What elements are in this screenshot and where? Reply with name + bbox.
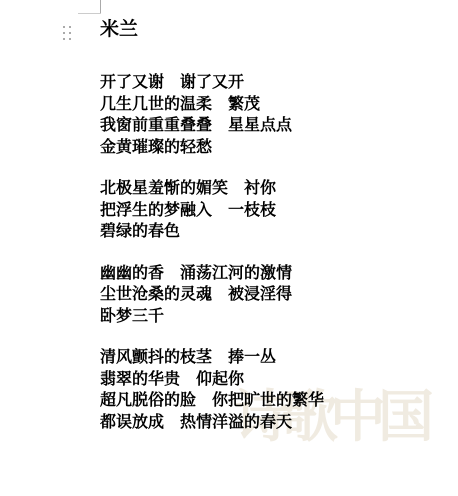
poem-line: 几生几世的温柔 繁茂 (100, 94, 324, 116)
stanza-3: 幽幽的香 涌荡江河的激情 尘世沧桑的灵魂 被浸淫得 卧梦三千 (100, 263, 324, 328)
poem-line: 清风颤抖的枝茎 捧一丛 (100, 347, 324, 369)
cutoff-box-right-edge (100, 0, 101, 13)
stanza-2: 北极星羞惭的媚笑 衬你 把浮生的梦融入 一枝枝 碧绿的春色 (100, 178, 324, 243)
handle-dot (63, 38, 65, 40)
poem-line: 幽幽的香 涌荡江河的激情 (100, 263, 324, 285)
handle-dot (63, 32, 65, 34)
document-page: 米兰 诗歌中国 开了又谢 谢了又开 几生几世的温柔 繁茂 我窗前重重叠叠 星星点… (0, 0, 458, 496)
stanza-4: 清风颤抖的枝茎 捧一丛 翡翠的华贵 仰起你 超凡脱俗的脸 你把旷世的繁华 都误放… (100, 347, 324, 433)
stanza-1: 开了又谢 谢了又开 几生几世的温柔 繁茂 我窗前重重叠叠 星星点点 金黄璀璨的轻… (100, 72, 324, 158)
poem-title: 米兰 (100, 19, 138, 40)
poem-line: 碧绿的春色 (100, 221, 324, 243)
poem-line: 翡翠的华贵 仰起你 (100, 369, 324, 391)
handle-dot (69, 38, 71, 40)
handle-dot (69, 26, 71, 28)
poem-body: 开了又谢 谢了又开 几生几世的温柔 繁茂 我窗前重重叠叠 星星点点 金黄璀璨的轻… (100, 72, 324, 433)
drag-handle-icon[interactable] (61, 24, 73, 42)
poem-line: 卧梦三千 (100, 306, 324, 328)
poem-line: 把浮生的梦融入 一枝枝 (100, 200, 324, 222)
poem-line: 尘世沧桑的灵魂 被浸淫得 (100, 284, 324, 306)
poem-line: 都误放成 热情洋溢的春天 (100, 412, 324, 434)
poem-line: 金黄璀璨的轻愁 (100, 137, 324, 159)
poem-line: 我窗前重重叠叠 星星点点 (100, 115, 324, 137)
cutoff-box-bottom-edge (78, 13, 101, 14)
handle-dot (69, 32, 71, 34)
handle-dot (63, 26, 65, 28)
poem-line: 开了又谢 谢了又开 (100, 72, 324, 94)
poem-line: 北极星羞惭的媚笑 衬你 (100, 178, 324, 200)
poem-line: 超凡脱俗的脸 你把旷世的繁华 (100, 390, 324, 412)
